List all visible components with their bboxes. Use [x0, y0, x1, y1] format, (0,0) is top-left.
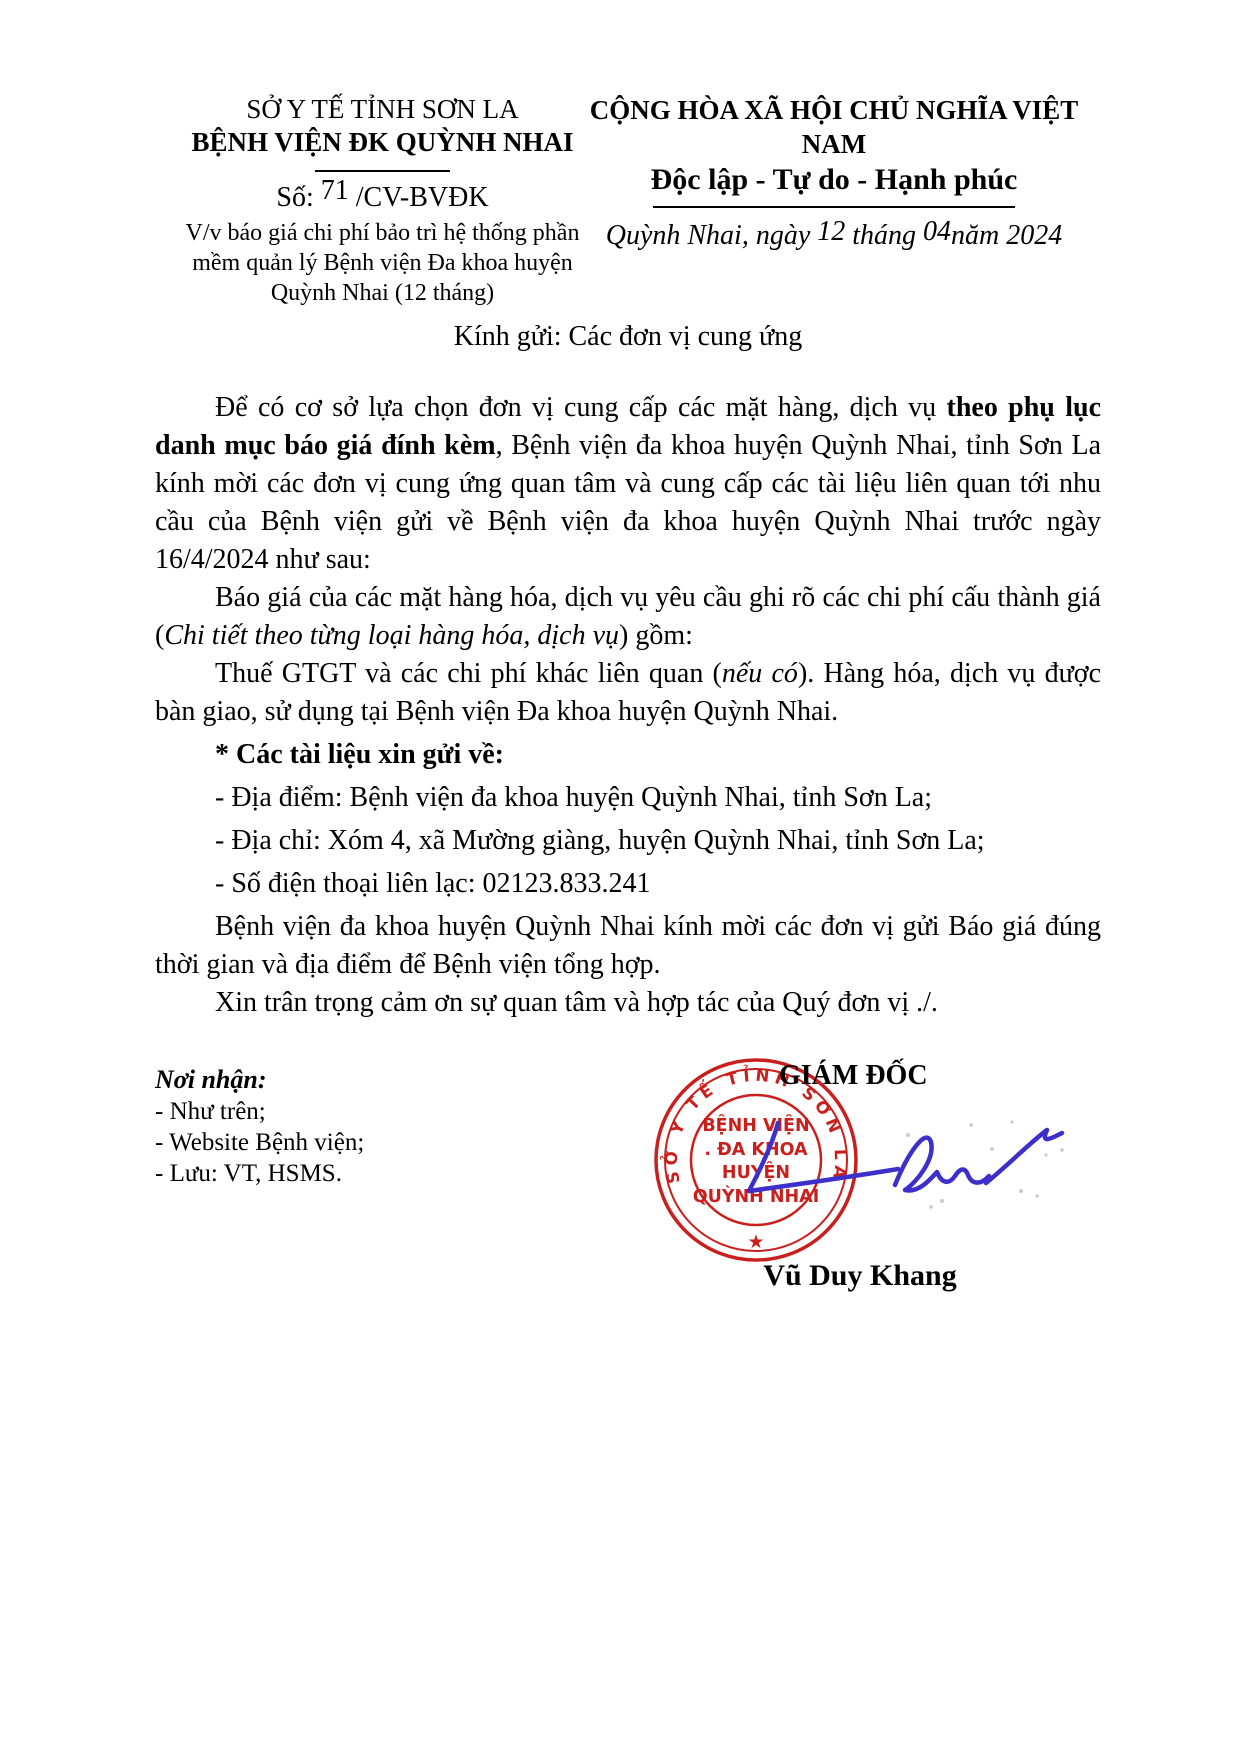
letter-body: Để có cơ sở lựa chọn đơn vị cung cấp các… [155, 389, 1101, 1022]
document-number-line: Số: 71 /CV-BVĐK [160, 181, 605, 215]
doc-item-location: - Địa điểm: Bệnh viện đa khoa huyện Quỳn… [155, 779, 1101, 817]
document-number-value: 71 [321, 175, 349, 206]
doc-item-address: - Địa chỉ: Xóm 4, xã Mường giàng, huyện … [155, 822, 1101, 860]
doc-item-phone: - Số điện thoại liên lạc: 02123.833.241 [155, 865, 1101, 903]
national-header-block: CỘNG HÒA XÃ HỘI CHỦ NGHĨA VIỆT NAM Độc l… [563, 93, 1105, 253]
document-number-suffix: /CV-BVĐK [356, 182, 489, 213]
place-date-line: Quỳnh Nhai, ngày 12 tháng 04năm 2024 [563, 219, 1105, 253]
date-prefix: Quỳnh Nhai, ngày [606, 220, 818, 251]
recipient-item: - Lưu: VT, HSMS. [155, 1158, 364, 1189]
p1-seg1: Để có cơ sở lựa chọn đơn vị cung cấp các… [215, 392, 947, 423]
document-page: SỞ Y TẾ TỈNH SƠN LA BỆNH VIỆN ĐK QUỲNH N… [0, 0, 1241, 1755]
signer-position-title: GIÁM ĐỐC [779, 1059, 928, 1093]
national-motto-line1: CỘNG HÒA XÃ HỘI CHỦ NGHĨA VIỆT NAM [563, 93, 1105, 161]
body-paragraph-5: Xin trân trọng cảm ơn sự quan tâm và hợp… [155, 984, 1101, 1022]
date-suffix: năm 2024 [951, 220, 1062, 251]
p2-seg2-italic: Chi tiết theo từng loại hàng hóa, dịch v… [164, 620, 619, 651]
p3-seg2-italic: nếu có [722, 658, 798, 689]
documents-heading: * Các tài liệu xin gửi về: [155, 736, 1101, 774]
issuer-divider [315, 170, 450, 172]
motto-divider [653, 206, 1015, 208]
body-paragraph-4: Bệnh viện đa khoa huyện Quỳnh Nhai kính … [155, 908, 1101, 984]
signer-name: Vũ Duy Khang [710, 1258, 1010, 1294]
p3-seg1: Thuế GTGT và các chi phí khác liên quan … [215, 658, 722, 689]
body-paragraph-3: Thuế GTGT và các chi phí khác liên quan … [155, 655, 1101, 731]
issuer-parent-org: SỞ Y TẾ TỈNH SƠN LA [160, 93, 605, 126]
date-day: 12 [817, 216, 845, 247]
issuer-block: SỞ Y TẾ TỈNH SƠN LA BỆNH VIỆN ĐK QUỲNH N… [160, 93, 605, 308]
issuer-org: BỆNH VIỆN ĐK QUỲNH NHAI [160, 126, 605, 159]
document-number-label: Số: [276, 182, 313, 213]
salutation: Kính gửi: Các đơn vị cung ứng [155, 318, 1101, 356]
recipients-title: Nơi nhận: [155, 1064, 364, 1096]
date-middle: tháng [845, 220, 923, 251]
p2-seg3: ) gồm: [619, 620, 693, 651]
national-motto-line2: Độc lập - Tự do - Hạnh phúc [563, 161, 1105, 199]
body-paragraph-1: Để có cơ sở lựa chọn đơn vị cung cấp các… [155, 389, 1101, 579]
body-paragraph-2: Báo giá của các mặt hàng hóa, dịch vụ yê… [155, 579, 1101, 655]
recipients-block: Nơi nhận: - Như trên; - Website Bệnh việ… [155, 1064, 364, 1189]
stamp-star-icon: ★ [747, 1232, 764, 1253]
recipient-item: - Website Bệnh viện; [155, 1127, 364, 1158]
date-month: 04 [923, 216, 951, 247]
recipient-item: - Như trên; [155, 1096, 364, 1127]
document-subject: V/v báo giá chi phí bảo trì hệ thống phầ… [160, 218, 605, 308]
handwritten-signature [690, 1095, 1130, 1230]
